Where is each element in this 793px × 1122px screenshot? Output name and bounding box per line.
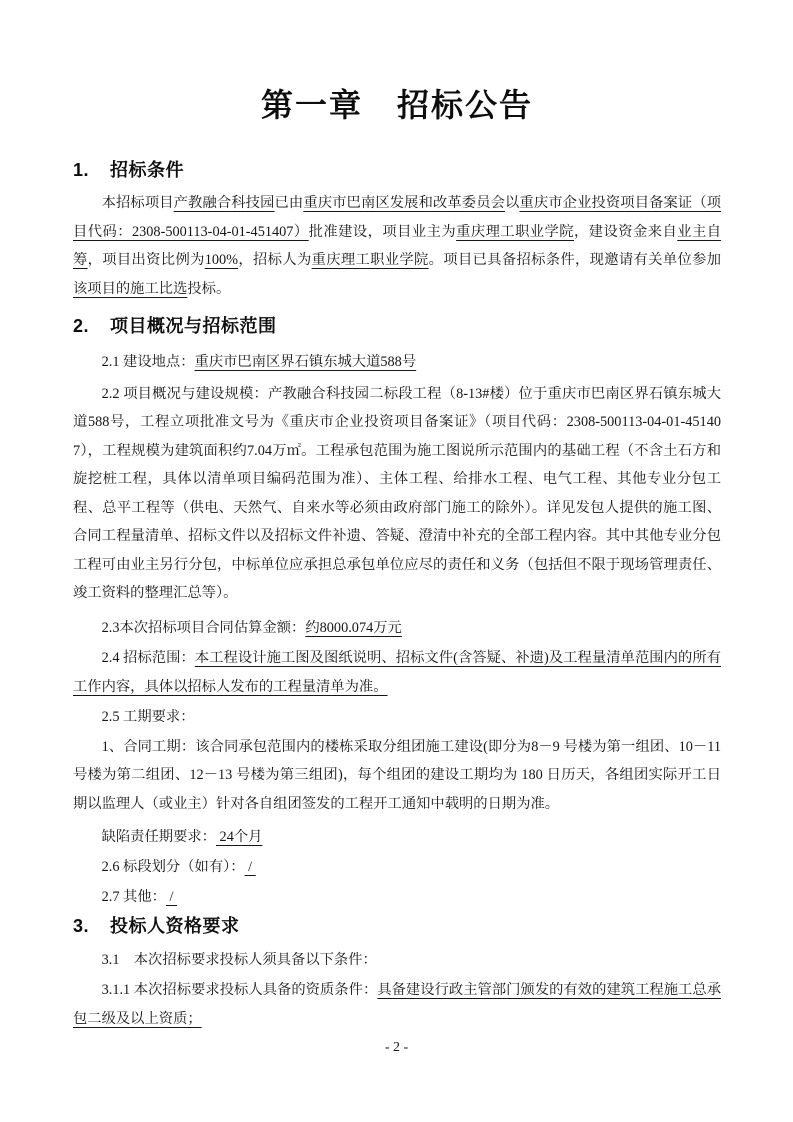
para-2-5-duration-label: 2.5 工期要求： <box>73 703 721 732</box>
text-run: 本招标项目 <box>102 195 174 211</box>
underlined-text: 重庆理工职业学院 <box>312 252 429 268</box>
para-2-3-estimate: 2.3本次招标项目合同估算金额：约8000.074万元 <box>73 614 721 643</box>
text-run: 2.2 项目概况与建设规模：产教融合科技园二标段工程（8-13#楼）位于重庆市巴… <box>73 386 721 602</box>
document-content: 第一章 招标公告 1. 招标条件 本招标项目产教融合科技园已由重庆市巴南区发展和… <box>73 0 721 1035</box>
section-title: 投标人资格要求 <box>110 913 240 939</box>
text-run: ，建设资金来自 <box>574 224 677 240</box>
underlined-text: / <box>245 859 256 875</box>
underlined-text: 产教融合科技园 <box>174 195 275 211</box>
para-defect-liability: 缺陷责任期要求： 24个月 <box>73 823 721 852</box>
page-title: 第一章 招标公告 <box>73 84 721 127</box>
text-run: 3.1 本次招标要求投标人须具备以下条件： <box>102 952 377 968</box>
text-run: 2.3本次招标项目合同估算金额： <box>102 620 306 636</box>
text-run: ，项目出资比例为 <box>88 252 205 268</box>
page-number: - 2 - <box>0 1038 793 1058</box>
document-page: 第一章 招标公告 1. 招标条件 本招标项目产教融合科技园已由重庆市巴南区发展和… <box>0 0 793 1122</box>
section-heading-bid-conditions: 1. 招标条件 <box>73 157 721 183</box>
text-run: 2.7 其他： <box>102 889 166 905</box>
para-2-7-other: 2.7 其他： / <box>73 883 721 912</box>
section-heading-bidder-qualification: 3. 投标人资格要求 <box>73 913 721 939</box>
text-run: 批准建设，项目业主为 <box>309 224 456 240</box>
text-run: 2.4 招标范围： <box>102 650 195 666</box>
underlined-text: 24个月 <box>216 829 262 845</box>
text-run: 2.5 工期要求： <box>102 709 195 725</box>
text-run: 以 <box>505 195 519 211</box>
underlined-text: 约8000.074万元 <box>305 620 402 636</box>
para-2-6-section-division: 2.6 标段划分（如有）： / <box>73 853 721 882</box>
section-number: 1. <box>73 157 110 183</box>
underlined-text: 该项目的施工比选 <box>73 281 187 297</box>
para-3-1-1-qualification: 3.1.1 本次招标要求投标人具备的资质条件：具备建设行政主管部门颁发的有效的建… <box>73 976 721 1033</box>
section-number: 2. <box>73 313 110 339</box>
text-run: 1、合同工期：该合同承包范围内的楼栋采取分组团施工建设(即分为8－9 号楼为第一… <box>73 739 721 812</box>
underlined-text: 重庆市巴南区界石镇东城大道588号 <box>195 354 417 370</box>
text-run: 2.6 标段划分（如有）： <box>102 859 245 875</box>
text-run: 投标。 <box>187 281 230 297</box>
section-title: 招标条件 <box>110 157 184 183</box>
text-run: 缺陷责任期要求： <box>102 829 216 845</box>
underlined-text: 100% <box>205 252 238 268</box>
text-run: 2.1 建设地点： <box>102 354 195 370</box>
para-3-1-conditions: 3.1 本次招标要求投标人须具备以下条件： <box>73 946 721 975</box>
para-bid-conditions: 本招标项目产教融合科技园已由重庆市巴南区发展和改革委员会以重庆市企业投资项目备案… <box>73 189 721 303</box>
para-contract-duration: 1、合同工期：该合同承包范围内的楼栋采取分组团施工建设(即分为8－9 号楼为第一… <box>73 733 721 819</box>
para-2-4-scope: 2.4 招标范围：本工程设计施工图及图纸说明、招标文件(含答疑、补遗)及工程量清… <box>73 644 721 701</box>
underlined-text: / <box>166 889 177 905</box>
underlined-text: 重庆市巴南区发展和改革委员会 <box>303 195 505 211</box>
para-2-2-overview: 2.2 项目概况与建设规模：产教融合科技园二标段工程（8-13#楼）位于重庆市巴… <box>73 380 721 608</box>
section-number: 3. <box>73 913 110 939</box>
text-run: 。项目已具备招标条件，现邀请有关单位参加 <box>429 252 721 268</box>
section-heading-project-overview: 2. 项目概况与招标范围 <box>73 313 721 339</box>
text-run: 已由 <box>275 195 304 211</box>
text-run: ，招标人为 <box>238 252 312 268</box>
section-title: 项目概况与招标范围 <box>110 313 277 339</box>
underlined-text: 重庆理工职业学院 <box>456 224 574 240</box>
text-run: 3.1.1 本次招标要求投标人具备的资质条件： <box>102 982 378 998</box>
para-2-1-location: 2.1 建设地点：重庆市巴南区界石镇东城大道588号 <box>73 348 721 377</box>
